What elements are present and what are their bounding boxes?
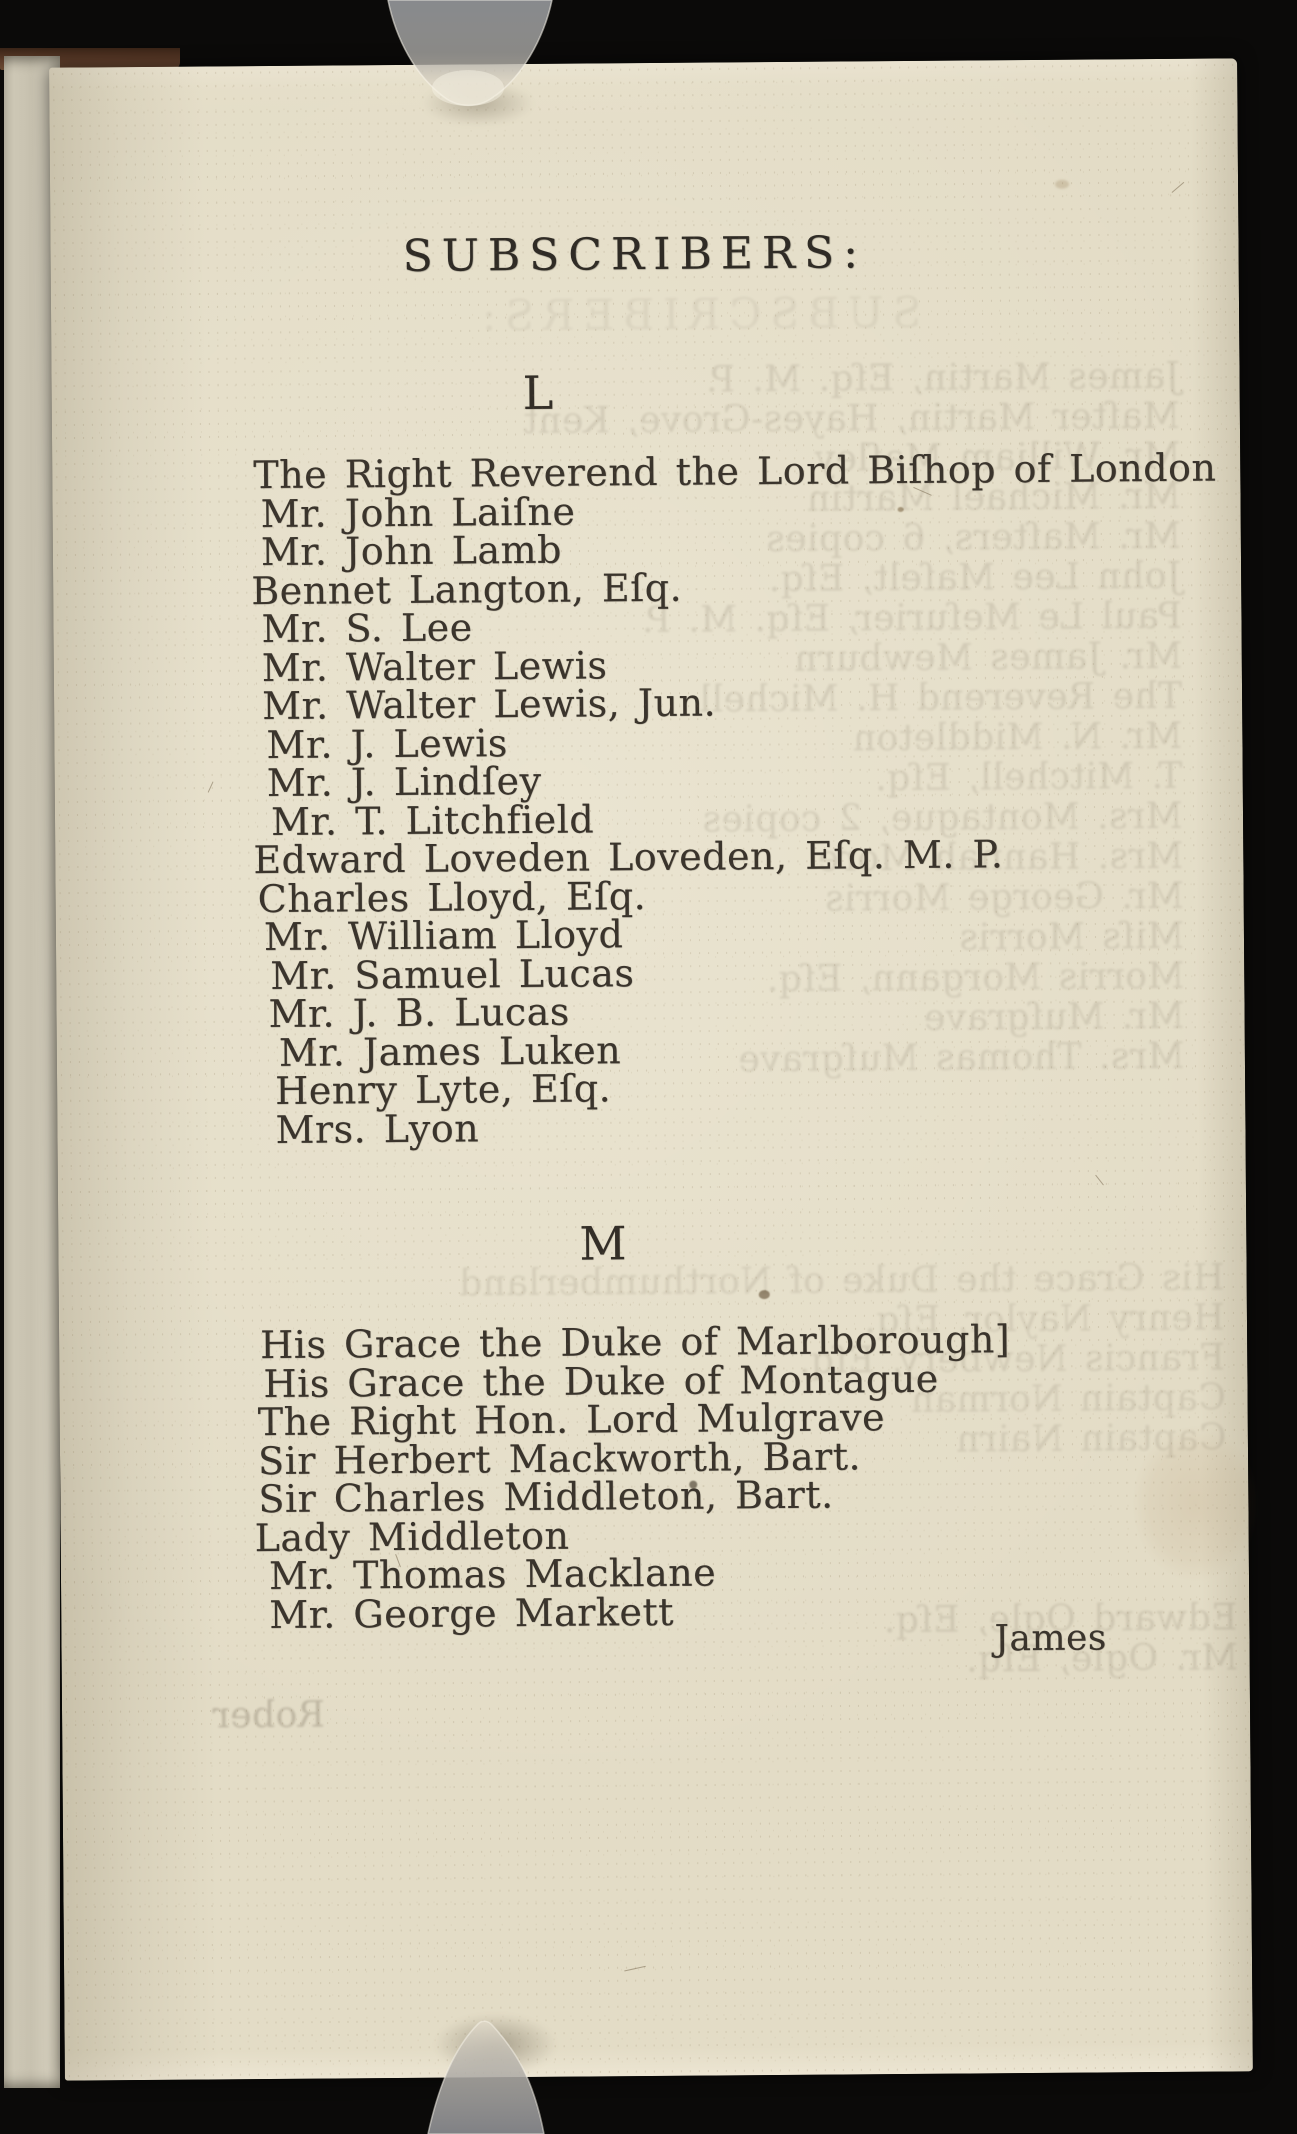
show-through-line: Maſter Martin, Hayes-Grove, Kent bbox=[523, 397, 1180, 442]
book-page: SUBSCRIBERS: James Martin, Eſq. M. P.Maſ… bbox=[49, 58, 1253, 2080]
show-through-line: SUBSCRIBERS: bbox=[473, 293, 922, 337]
subscriber-list-m: His Grace the Duke of Marlborough]His Gr… bbox=[257, 1320, 1012, 1634]
subscriber-entry: Sir Charles Middleton, Bart. bbox=[258, 1474, 1011, 1518]
bottom-book-clamp bbox=[392, 2018, 577, 2134]
show-through-header: SUBSCRIBERS: bbox=[473, 293, 922, 337]
section-heading-l: L bbox=[523, 370, 554, 416]
paper-fiber bbox=[208, 781, 214, 792]
top-book-clamp bbox=[380, 0, 560, 129]
paper-fiber bbox=[624, 1966, 646, 1972]
page-title: SUBSCRIBERS: bbox=[402, 231, 867, 279]
paper-fiber bbox=[1172, 182, 1185, 193]
catchword: James bbox=[994, 1617, 1107, 1659]
foxing-stain bbox=[1055, 180, 1069, 189]
subscriber-list-l: The Right Reverend the Lord Biſhop of Lo… bbox=[250, 449, 1221, 1150]
scan-frame: { "scan": { "title": "SUBSCRIBERS:", "se… bbox=[0, 0, 1297, 2134]
subscriber-entry: Mr. Thomas Macklane bbox=[269, 1551, 1012, 1595]
paper-fiber bbox=[1095, 1175, 1104, 1186]
show-through-verso-catchword: Rober bbox=[212, 1696, 325, 1737]
subscriber-entry: The Right Hon. Lord Mulgrave bbox=[258, 1397, 1011, 1441]
subscriber-entry: Mr. George Markett bbox=[269, 1590, 1012, 1634]
subscriber-entry: Mrs. Lyon bbox=[275, 1103, 1221, 1149]
show-through-line: Rober bbox=[212, 1696, 325, 1737]
subscriber-entry: The Right Reverend the Lord Biſhop of Lo… bbox=[253, 449, 1216, 495]
section-heading-m: M bbox=[579, 1220, 627, 1266]
show-through-line: James Martin, Eſq. M. P. bbox=[705, 357, 1180, 401]
